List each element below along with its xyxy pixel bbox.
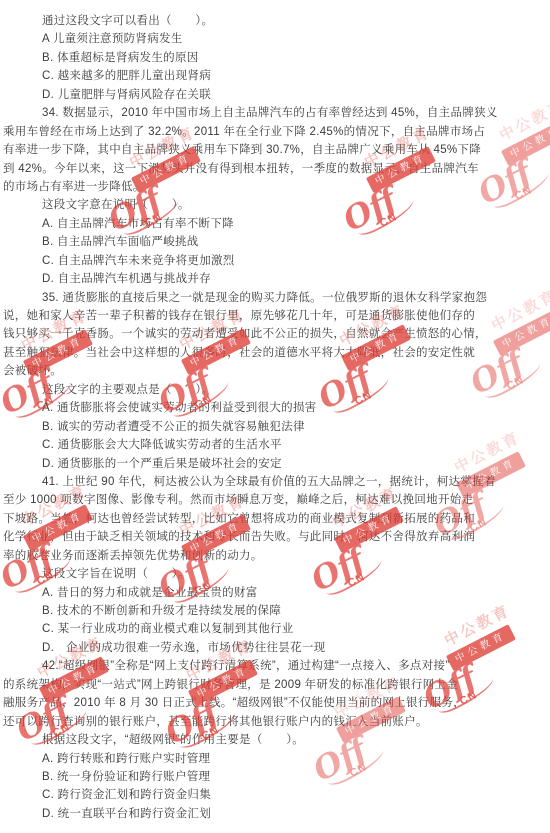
text-line: B. 体重超标是肾病发生的原因 [3, 49, 548, 67]
text-line: D. 儿童肥胖与肾病风险存在关联 [3, 86, 548, 104]
text-line: C. 某一行业成功的商业模式难以复制到其他行业 [3, 620, 548, 638]
text-line: 42.“超级网银”全称是“网上支付跨行清算系统”，通过构建“一点接入、多点对接” [3, 657, 548, 675]
text-line: A. 通货膨胀将会使诚实劳动者的利益受到很大的损害 [3, 399, 548, 417]
text-line: D. 统一直联平台和跨行资金汇划 [3, 805, 548, 823]
text-line: 乘用车曾经在市场上达到了 32.2%。2011 年在全行业下降 2.45%的情况… [3, 123, 548, 141]
text-line: 化学行业，但由于缺乏相关领域的技术和专长而告失败。与此同时，柯达不舍得放弃高利润 [3, 528, 548, 546]
text-line: 根据这段文字，“超级网银”的作用主要是（ ）。 [3, 731, 548, 749]
text-line: 这段文字的主要观点是（ ）。 [3, 381, 548, 399]
text-line: 41. 上世纪 90 年代，柯达被公认为全球最有价值的五大品牌之一，据统计，柯达… [3, 473, 548, 491]
text-line: A 儿童须注意预防肾病发生 [3, 30, 548, 48]
text-line: 会被破坏。 [3, 362, 548, 380]
exam-page: 通过这段文字可以看出（ ）。A 儿童须注意预防肾病发生B. 体重超标是肾病发生的… [0, 0, 550, 833]
text-line: C. 自主品牌汽车未来竞争将更加激烈 [3, 252, 548, 270]
text-line: 到 42%。今年以来，这一下滑势头并没有得到根本扭转，一季度的数据显示，自主品牌… [3, 160, 548, 178]
text-line: C. 通货膨胀会大大降低诚实劳动者的生活水平 [3, 436, 548, 454]
text-line: A. 跨行转账和跨行账户实时管理 [3, 750, 548, 768]
text-line: 甚至触犯法律。当社会中这样想的人很多时，社会的道德水平将大大降低，社会的安定性就 [3, 344, 548, 362]
document-lines: 通过这段文字可以看出（ ）。A 儿童须注意预防肾病发生B. 体重超标是肾病发生的… [3, 12, 548, 823]
text-line: 率的胶卷业务而逐渐丢掉领先优势和创新的动力。 [3, 547, 548, 565]
text-line: 的市场占有率进一步降低。 [3, 178, 548, 196]
text-line: 通过这段文字可以看出（ ）。 [3, 12, 548, 30]
text-line: B. 统一身份验证和跨行账户管理 [3, 768, 548, 786]
text-line: 35. 通货膨胀的直接后果之一就是现金的购买力降低。一位俄罗斯的退休女科学家抱怨 [3, 289, 548, 307]
text-line: C. 越来越多的肥胖儿童出现肾病 [3, 67, 548, 85]
text-line: 这段文字旨在说明（ ）。 [3, 565, 548, 583]
text-line: 下坡路。当然，柯达也曾经尝试转型，比如它曾想将成功的商业模式复制到新拓展的药品和 [3, 510, 548, 528]
text-line: 说，她和家人辛苦一辈子积蓄的钱存在银行里，原先够花几十年，可是通货膨胀使他们存的 [3, 307, 548, 325]
text-line: 这段文字意在说明（ ）。 [3, 196, 548, 214]
text-line: B. 自主品牌汽车面临严峻挑战 [3, 233, 548, 251]
text-line: C. 跨行资金汇划和跨行资金归集 [3, 786, 548, 804]
text-line: 的系统架构，实现“一站式”网上跨银行财务管理，是 2009 年研发的标准化跨银行… [3, 676, 548, 694]
text-line: D. 自主品牌汽车机遇与挑战并存 [3, 270, 548, 288]
text-line: 至少 1000 项数字图像、影像专利。然而市场瞬息万变，巅峰之后，柯达难以挽回地… [3, 491, 548, 509]
text-line: 融服务产品，2010 年 8 月 30 日正式上线。“超级网银”不仅能使用当前的… [3, 694, 548, 712]
text-line: 34. 数据显示，2010 年中国市场上自主品牌汽车的占有率曾经达到 45%，自… [3, 104, 548, 122]
text-line: B. 诚实的劳动者遭受不公正的损失就容易触犯法律 [3, 418, 548, 436]
text-line: A. 昔日的努力和成就是企业最宝贵的财富 [3, 584, 548, 602]
text-line: 还可以跨行查询别的银行账户，甚至能跨行将其他银行账户内的钱汇入当前账户。 [3, 713, 548, 731]
text-line: 钱只够买一千克香肠。一个诚实的劳动者遭受如此不公正的损失，自然就会产生愤怒的心情… [3, 325, 548, 343]
text-line: B. 技术的不断创新和升级才是持续发展的保障 [3, 602, 548, 620]
text-line: D. 企业的成功很难一劳永逸，市场优势往往昙花一现 [3, 639, 548, 657]
text-line: D. 通货膨胀的一个严重后果是破坏社会的安定 [3, 455, 548, 473]
text-line: A. 自主品牌汽车市场占有率不断下降 [3, 215, 548, 233]
text-line: 有率进一步下降，其中自主品牌狭义乘用车下降到 30.7%，自主品牌广义乘用车从 … [3, 141, 548, 159]
